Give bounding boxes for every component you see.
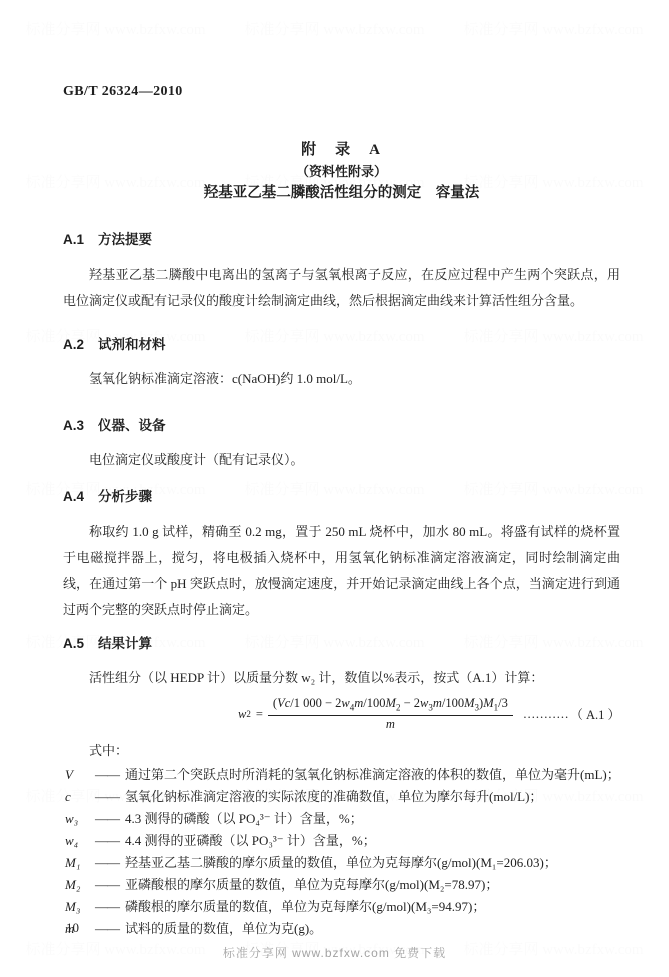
- section-a4-title: 分析步骤: [98, 489, 152, 504]
- definition-dash: ——: [95, 874, 119, 896]
- definition-row: M₁ —— 羟基亚乙基二膦酸的摩尔质量的数值，单位为克每摩尔(g/mol)(M₁…: [63, 852, 620, 874]
- definition-row: V —— 通过第二个突跃点时所消耗的氢氧化钠标准滴定溶液的体积的数值，单位为毫升…: [63, 764, 620, 786]
- definition-dash: ——: [95, 786, 119, 808]
- section-a5-number: A.5: [63, 636, 84, 651]
- appendix-type: （资料性附录）: [63, 163, 620, 181]
- formula-denominator: m: [268, 716, 513, 732]
- formula-a1: w2 = (Vc/1 000 − 2w4m/100M2 − 2w3m/100M3…: [63, 690, 620, 738]
- section-a1-heading: A.1方法提要: [63, 231, 620, 249]
- section-a4-number: A.4: [63, 489, 84, 504]
- definition-description: 4.4 测得的亚磷酸（以 PO₃³⁻ 计）含量，%；: [125, 830, 620, 852]
- formula-dot-leader: …………………: [523, 707, 568, 722]
- math-variable: M: [483, 696, 493, 710]
- appendix-subject-title: 羟基亚乙基二膦酸活性组分的测定 容量法: [63, 184, 620, 203]
- section-a2-title: 试剂和材料: [98, 337, 166, 352]
- formula-numerator: (Vc/1 000 − 2w4m/100M2 − 2w3m/100M3)M1/3: [268, 696, 513, 716]
- faint-watermark-text: 标准分享网 www.bzfxw.com: [463, 18, 643, 39]
- math-text: − 2: [400, 696, 420, 710]
- section-a2-heading: A.2试剂和材料: [63, 336, 620, 354]
- math-subscript: 2: [246, 709, 251, 719]
- definition-symbol: M₁: [63, 852, 95, 874]
- definition-dash: ——: [95, 896, 119, 918]
- section-a1-title: 方法提要: [98, 232, 152, 247]
- document-page: 标准分享网 www.bzfxw.com标准分享网 www.bzfxw.com标准…: [0, 0, 669, 977]
- section-a3-number: A.3: [63, 418, 84, 433]
- definition-row: w₄ —— 4.4 测得的亚磷酸（以 PO₃³⁻ 计）含量，%；: [63, 830, 620, 852]
- definition-description: 试料的质量的数值，单位为克(g)。: [125, 918, 620, 940]
- section-a3-paragraph: 电位滴定仪或酸度计（配有记录仪）。: [63, 448, 620, 472]
- definition-row: w₃ —— 4.3 测得的磷酸（以 PO₄³⁻ 计）含量，%；: [63, 808, 620, 830]
- definition-description: 氢氧化钠标准滴定溶液的实际浓度的准确数值，单位为摩尔每升(mol/L)；: [125, 786, 620, 808]
- formula-fraction: (Vc/1 000 − 2w4m/100M2 − 2w3m/100M3)M1/3…: [268, 696, 513, 732]
- definition-symbol: M₃: [63, 896, 95, 918]
- math-text: /100: [442, 696, 464, 710]
- formula-equation-number: （ A.1 ）: [570, 705, 620, 723]
- section-a2-number: A.2: [63, 337, 84, 352]
- definition-symbol: M₂: [63, 874, 95, 896]
- definition-dash: ——: [95, 764, 119, 786]
- faint-watermark-text: 标准分享网 www.bzfxw.com: [25, 18, 205, 39]
- section-a5-intro: 活性组分（以 HEDP 计）以质量分数 w₂ 计，数值以%表示，按式（A.1）计…: [63, 666, 620, 690]
- math-text: /1 000 − 2: [290, 696, 341, 710]
- section-a4-heading: A.4分析步骤: [63, 488, 620, 506]
- site-watermark: 标准分享网 www.bzfxw.com 免费下载: [0, 944, 669, 961]
- math-text: /100: [363, 696, 385, 710]
- definition-row: m —— 试料的质量的数值，单位为克(g)。: [63, 918, 620, 940]
- section-a2-paragraph: 氢氧化钠标准滴定溶液：c(NaOH)约 1.0 mol/L。: [63, 367, 620, 391]
- definition-symbol: w₄: [63, 830, 95, 852]
- section-a3-title: 仪器、设备: [98, 418, 166, 433]
- standard-code-header: GB/T 26324—2010: [63, 84, 620, 100]
- math-variable: m: [386, 717, 395, 731]
- definition-description: 羟基亚乙基二膦酸的摩尔质量的数值，单位为克每摩尔(g/mol)(M₁=206.0…: [125, 852, 620, 874]
- section-a3-heading: A.3仪器、设备: [63, 417, 620, 435]
- appendix-title-block: 附 录 A （资料性附录） 羟基亚乙基二膦酸活性组分的测定 容量法: [63, 140, 620, 203]
- definition-description: 4.3 测得的磷酸（以 PO₄³⁻ 计）含量，%；: [125, 808, 620, 830]
- definition-description: 通过第二个突跃点时所消耗的氢氧化钠标准滴定溶液的体积的数值，单位为毫升(mL)；: [125, 764, 620, 786]
- definition-row: M₃ —— 磷酸根的摩尔质量的数值，单位为克每摩尔(g/mol)(M₃=94.9…: [63, 896, 620, 918]
- math-variable: w: [341, 696, 349, 710]
- section-a1-paragraph: 羟基亚乙基二膦酸中电离出的氢离子与氢氧根离子反应，在反应过程中产生两个突跃点，用…: [63, 262, 620, 314]
- math-variable: M: [464, 696, 474, 710]
- appendix-title: 附 录 A: [63, 140, 620, 160]
- definition-row: M₂ —— 亚磷酸根的摩尔质量的数值，单位为克每摩尔(g/mol)(M₂=78.…: [63, 874, 620, 896]
- definition-dash: ——: [95, 808, 119, 830]
- section-a5-heading: A.5结果计算: [63, 635, 620, 653]
- math-variable: m: [433, 696, 442, 710]
- definition-description: 亚磷酸根的摩尔质量的数值，单位为克每摩尔(g/mol)(M₂=78.97)；: [125, 874, 620, 896]
- math-variable: Vc: [277, 696, 290, 710]
- definition-symbol: V: [63, 764, 95, 786]
- definition-dash: ——: [95, 852, 119, 874]
- math-text: /3: [498, 696, 508, 710]
- definition-symbol: w₃: [63, 808, 95, 830]
- where-clause-intro: 式中：: [63, 740, 620, 762]
- definition-dash: ——: [95, 830, 119, 852]
- page-number: 10: [66, 920, 79, 936]
- formula-lhs: w2: [238, 707, 251, 722]
- definition-description: 磷酸根的摩尔质量的数值，单位为克每摩尔(g/mol)(M₃=94.97)；: [125, 896, 620, 918]
- section-a5-title: 结果计算: [98, 636, 152, 651]
- definitions-list: V —— 通过第二个突跃点时所消耗的氢氧化钠标准滴定溶液的体积的数值，单位为毫升…: [63, 764, 620, 940]
- formula-equals-sign: =: [256, 707, 263, 722]
- section-a1-number: A.1: [63, 232, 84, 247]
- math-variable: M: [386, 696, 396, 710]
- faint-watermark-text: 标准分享网 www.bzfxw.com: [244, 18, 424, 39]
- section-a4-paragraph: 称取约 1.0 g 试样，精确至 0.2 mg，置于 250 mL 烧杯中，加水…: [63, 519, 620, 623]
- definition-row: c —— 氢氧化钠标准滴定溶液的实际浓度的准确数值，单位为摩尔每升(mol/L)…: [63, 786, 620, 808]
- page-content: GB/T 26324—2010 附 录 A （资料性附录） 羟基亚乙基二膦酸活性…: [0, 84, 669, 940]
- definition-dash: ——: [95, 918, 119, 940]
- math-variable: w: [238, 707, 246, 722]
- definition-symbol: c: [63, 786, 95, 808]
- math-variable: m: [354, 696, 363, 710]
